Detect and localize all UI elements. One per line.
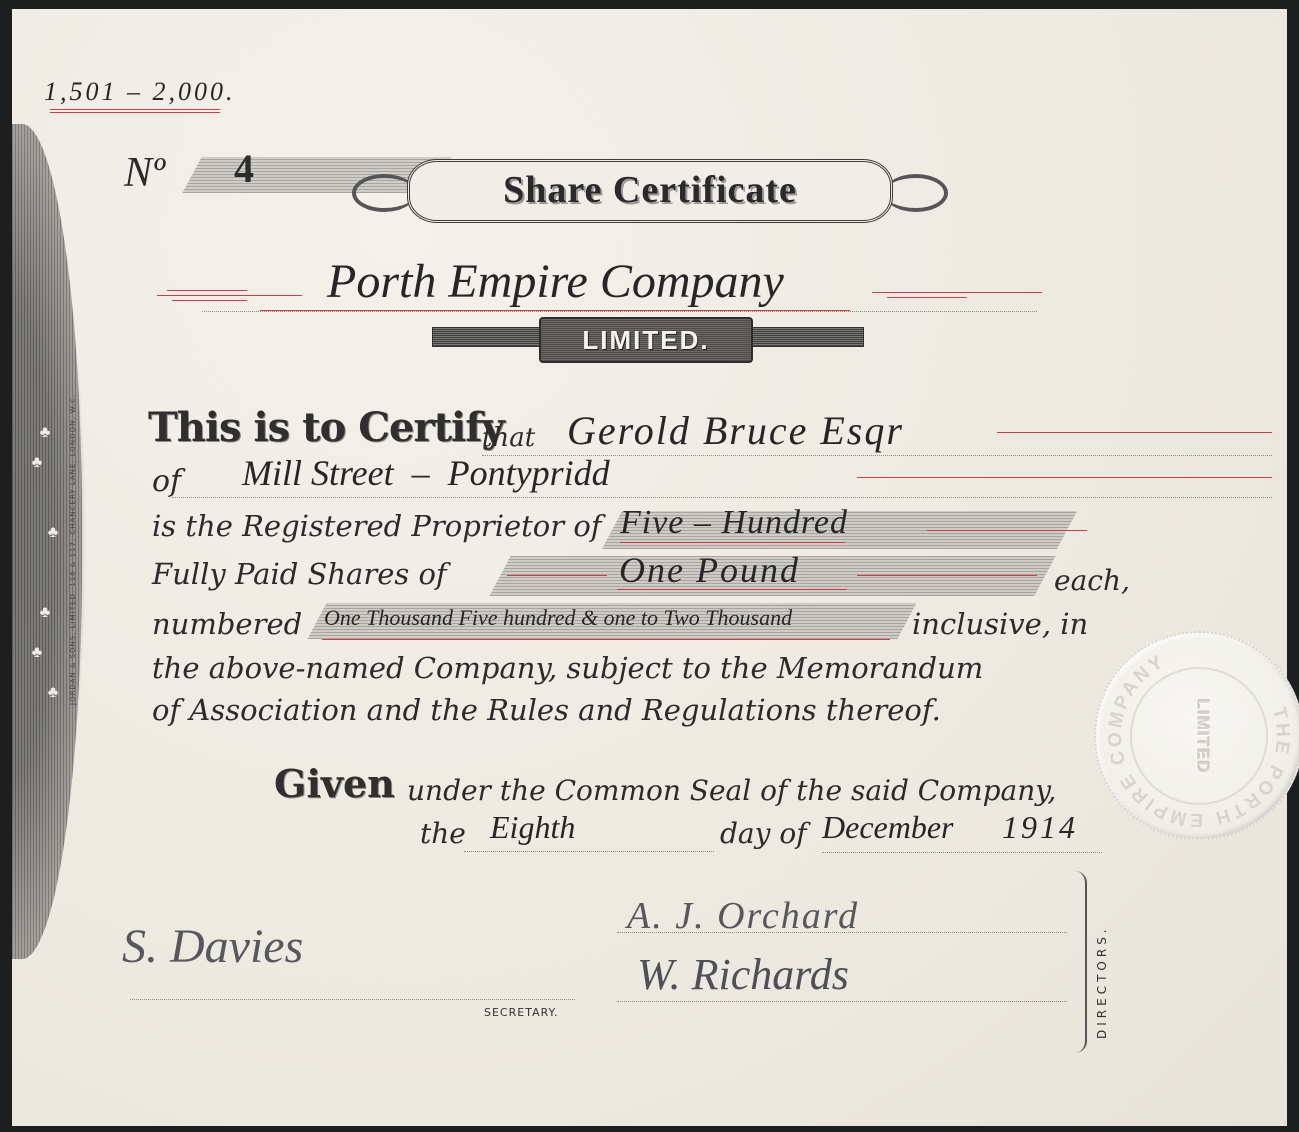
date-line	[822, 852, 1102, 853]
clover-ornament-icon: ♣	[34, 604, 56, 622]
red-rule	[857, 575, 1037, 576]
director-2-signature: W. Richards	[637, 949, 849, 1000]
certificate-title: Share Certificate	[410, 168, 890, 212]
directors-brace-icon	[1075, 871, 1087, 1053]
share-certificate: ♣ ♣ ♣ ♣ ♣ ♣ JORDAN & SONS, LIMITED, 116 …	[12, 9, 1287, 1126]
clause-line-2: of Association and the Rules and Regulat…	[152, 693, 941, 727]
the-label: the	[420, 817, 466, 850]
numbered-range: One Thousand Five hundred & one to Two T…	[324, 605, 792, 631]
red-rule	[887, 297, 967, 298]
title-cartouche: Share Certificate	[407, 159, 893, 223]
red-rule	[872, 292, 1042, 293]
company-name: Porth Empire Company	[327, 254, 784, 309]
inclusive-label: inclusive, in	[912, 607, 1088, 641]
embossed-company-seal: THE PORTH EMPIRE COMPANY LIMITED	[1094, 631, 1299, 841]
clover-ornament-icon: ♣	[42, 524, 64, 542]
month-value: December	[822, 809, 953, 846]
given-heading: Given	[274, 761, 395, 806]
holder-address: Mill Street – Pontypridd	[242, 452, 610, 494]
red-underline	[620, 542, 845, 543]
secretary-signature-line	[130, 999, 575, 1000]
limited-banner: LIMITED.	[539, 317, 753, 363]
red-underline	[322, 639, 890, 640]
that-label: that	[482, 423, 535, 453]
secretary-label: SECRETARY.	[484, 1006, 559, 1019]
company-suffix: LIMITED.	[541, 325, 751, 356]
each-label: each,	[1054, 564, 1130, 597]
of-label: of	[152, 464, 181, 499]
number-label: Nº	[124, 149, 165, 197]
fully-paid-label: Fully Paid Shares of	[152, 557, 447, 591]
clover-ornament-icon: ♣	[34, 424, 56, 442]
director-2-signature-line	[617, 1001, 1067, 1002]
share-count: Five – Hundred	[620, 504, 848, 542]
secretary-signature: S. Davies	[122, 919, 303, 974]
red-rule	[507, 575, 607, 576]
printer-imprint: JORDAN & SONS, LIMITED, 116 & 117, CHANC…	[69, 349, 99, 749]
directors-label: DIRECTORS.	[1095, 889, 1115, 1039]
clover-ornament-icon: ♣	[26, 644, 48, 662]
clause-line-1: the above-named Company, subject to the …	[152, 651, 983, 685]
red-rule	[997, 432, 1272, 433]
red-rule	[167, 290, 247, 291]
seal-inner-text: LIMITED	[1184, 681, 1212, 791]
red-underline	[617, 589, 847, 590]
day-value: Eighth	[490, 809, 575, 846]
clover-ornament-icon: ♣	[42, 684, 64, 702]
certify-heading: This is to Certify	[148, 404, 504, 451]
seal-clause: under the Common Seal of the said Compan…	[407, 774, 1056, 807]
share-range-note: 1,501 – 2,000.	[44, 77, 236, 107]
director-1-signature-line	[617, 932, 1067, 933]
day-line	[464, 851, 714, 852]
numbered-label: numbered	[152, 607, 302, 641]
red-rule	[927, 530, 1087, 531]
red-rule	[857, 477, 1272, 478]
share-value: One Pound	[619, 549, 800, 591]
certificate-number: 4	[234, 145, 254, 192]
registered-label: is the Registered Proprietor of	[152, 509, 602, 543]
red-rule	[172, 300, 247, 301]
holder-name: Gerold Bruce Esqr	[567, 407, 904, 454]
holder-address-line	[172, 497, 1272, 498]
red-underline	[50, 112, 220, 113]
clover-ornament-icon: ♣	[26, 454, 48, 472]
red-underline	[50, 109, 220, 110]
day-of-label: day of	[720, 817, 807, 850]
company-name-line	[202, 311, 1037, 312]
year-value: 1914	[1002, 809, 1078, 846]
red-rule	[157, 295, 302, 296]
scroll-ornament-right-icon	[884, 174, 948, 212]
